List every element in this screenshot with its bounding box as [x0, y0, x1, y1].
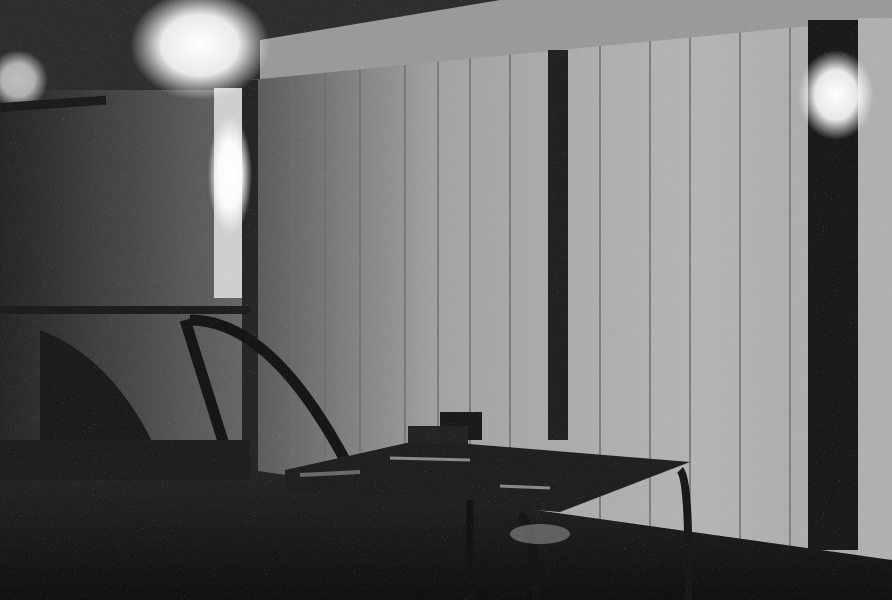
photo-canvas	[0, 0, 892, 600]
workshop-photo: Dimly lit workshop interior with a white…	[0, 0, 892, 600]
film-grain	[0, 0, 892, 600]
